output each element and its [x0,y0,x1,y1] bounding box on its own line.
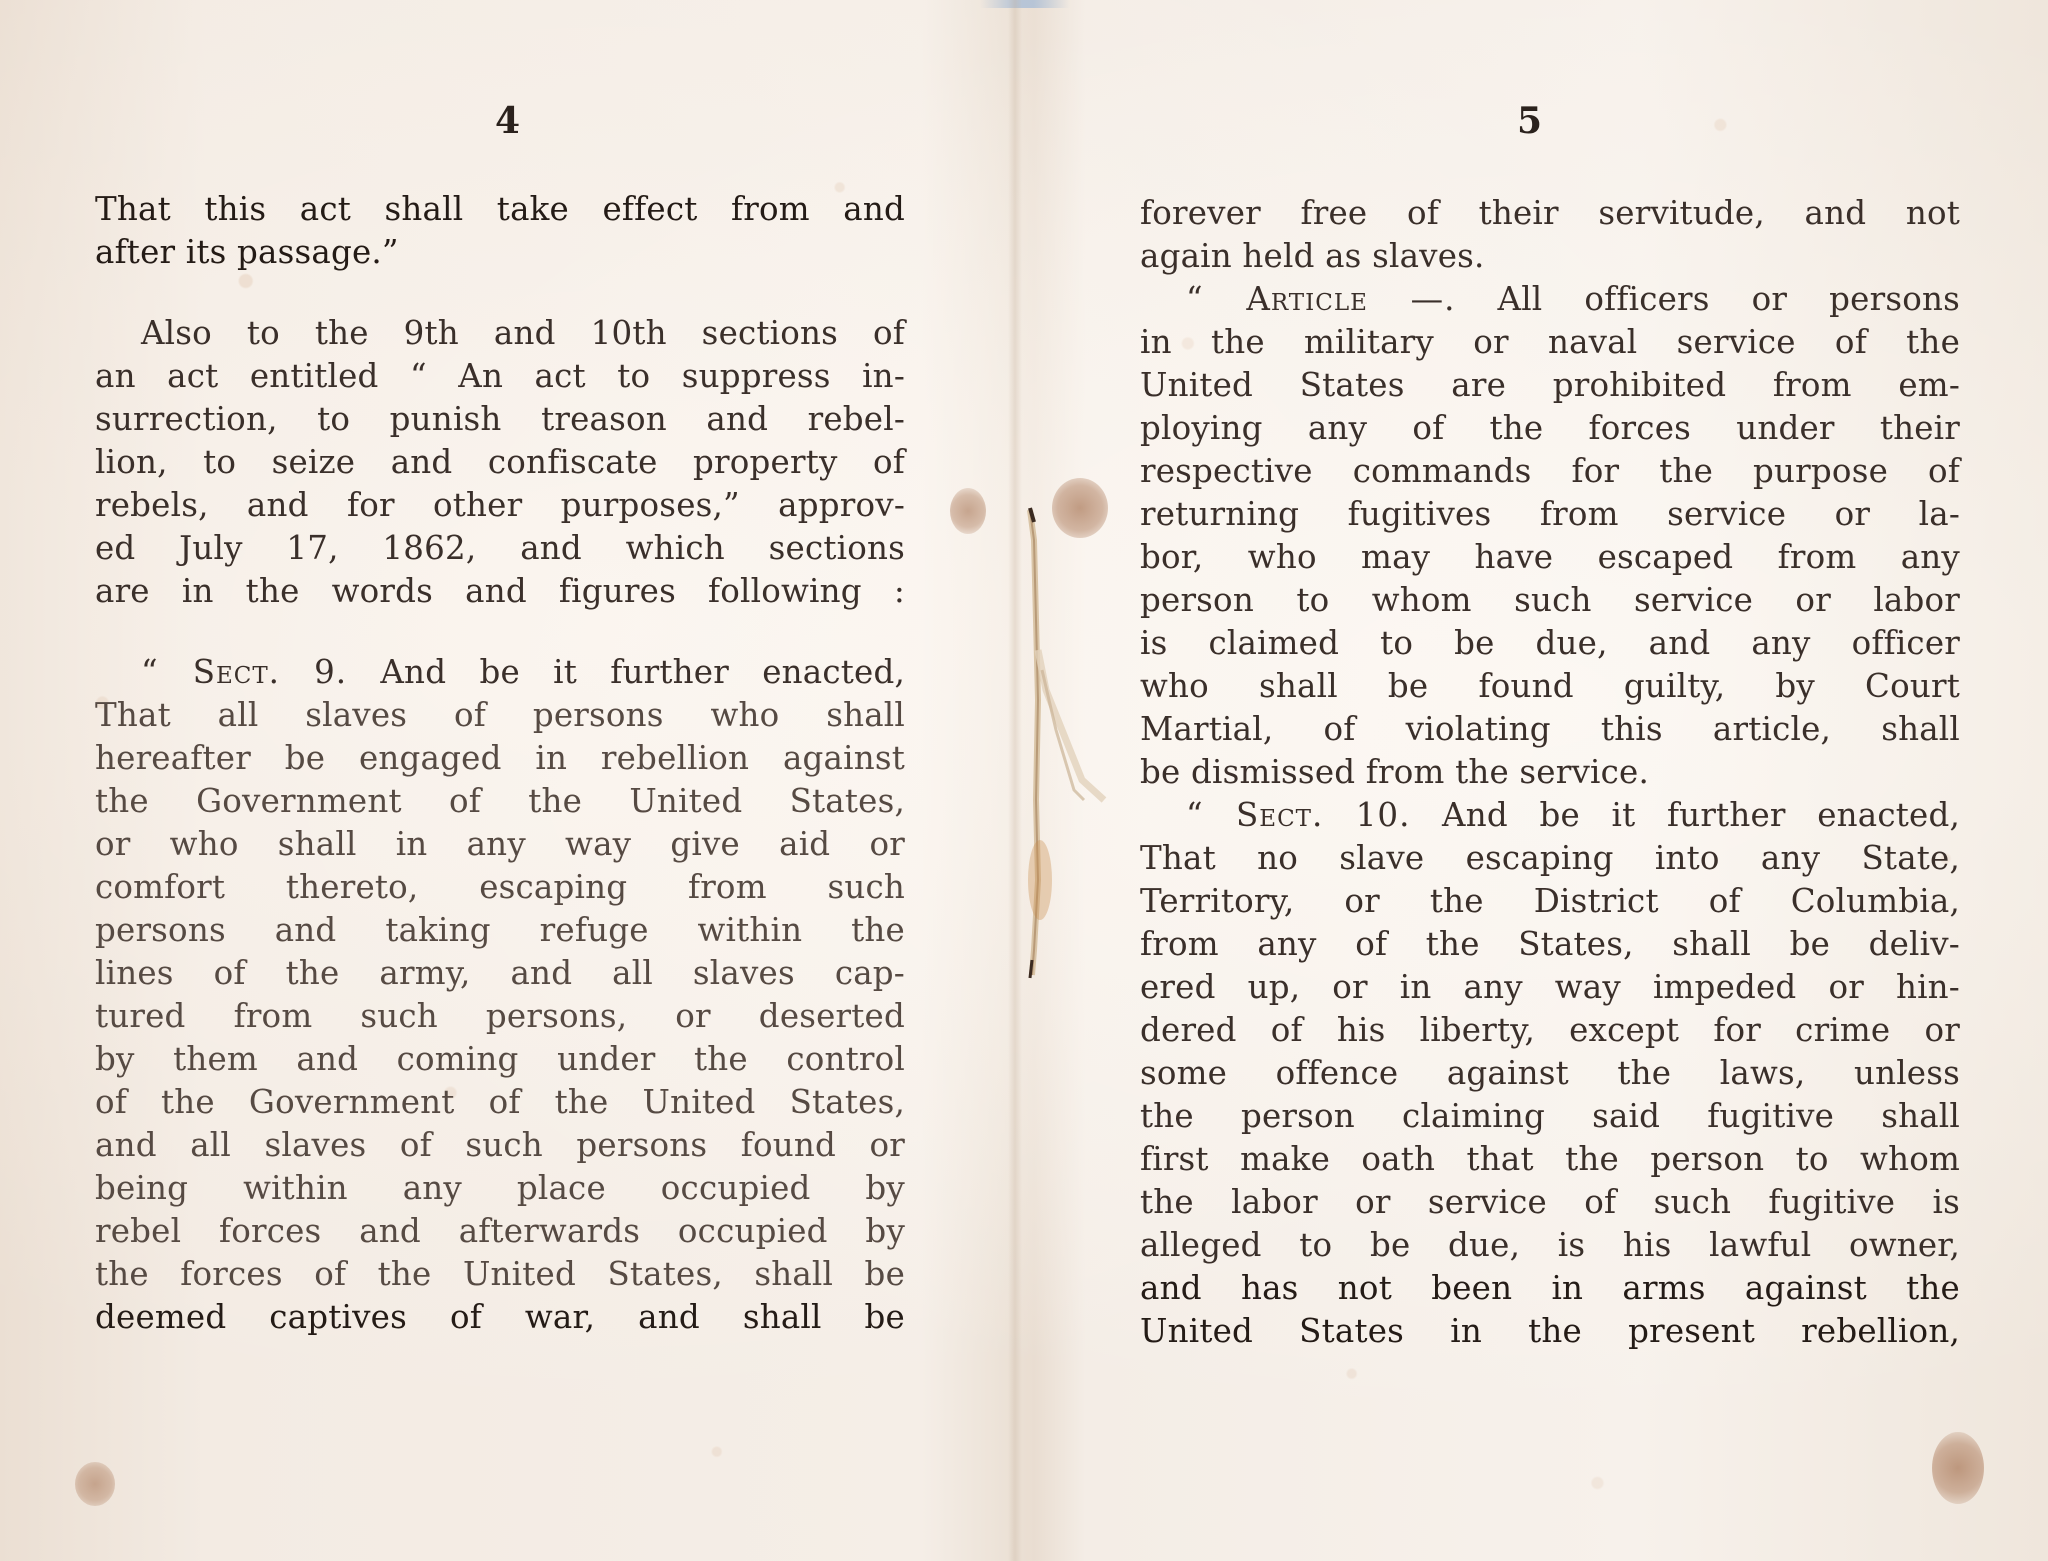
article-heading-line: “ Article —. All officers or persons [1140,278,1960,321]
text-line: alleged to be due, is his lawful owner, [1140,1224,1960,1267]
stain-spot [950,488,986,534]
text-line: rebels, and for other purposes,” approv- [95,484,905,527]
section-label: “ Sect. 10. [1186,796,1410,834]
stain-spot [75,1462,115,1506]
text-line: again held as slaves. [1140,235,1960,278]
text-line: in the military or naval service of the [1140,321,1960,364]
text-line: and all slaves of such persons found or [95,1124,905,1167]
text-line: some offence against the laws, unless [1140,1052,1960,1095]
text-line: forever free of their servitude, and not [1140,192,1960,235]
stain-spot [1932,1432,1984,1504]
text-fragment: And be it further enacted, [1442,796,1960,834]
binding-thread-icon [1022,500,1112,980]
text-line: the labor or service of such fugitive is [1140,1181,1960,1224]
text-line: persons and taking refuge within the [95,909,905,952]
text-line: That all slaves of persons who shall [95,694,905,737]
text-line: rebel forces and afterwards occupied by [95,1210,905,1253]
page-number: 4 [495,100,520,142]
text-line: by them and coming under the control [95,1038,905,1081]
background-sliver [980,0,1070,8]
text-line: is claimed to be due, and any officer [1140,622,1960,665]
text-line: of the Government of the United States, [95,1081,905,1124]
text-line: comfort thereto, escaping from such [95,866,905,909]
page-gutter [1008,0,1022,1561]
right-page-text: forever free of their servitude, and not… [1140,192,1960,1353]
text-line: first make oath that the person to whom [1140,1138,1960,1181]
article-label: “ Article —. [1186,280,1456,318]
text-line: United States are prohibited from em- [1140,364,1960,407]
text-line: tured from such persons, or deserted [95,995,905,1038]
text-line: from any of the States, shall be deliv- [1140,923,1960,966]
text-line: United States in the present rebellion, [1140,1310,1960,1353]
section-label: “ Sect. 9. [141,653,347,691]
text-line: lion, to seize and confiscate property o… [95,441,905,484]
section-heading-line: “ Sect. 10. And be it further enacted, [1140,794,1960,837]
text-line: being within any place occupied by [95,1167,905,1210]
text-line: returning fugitives from service or la- [1140,493,1960,536]
text-line: be dismissed from the service. [1140,751,1960,794]
text-line: surrection, to punish treason and rebel- [95,398,905,441]
text-line: after its passage.” [95,231,905,274]
text-line: the person claiming said fugitive shall [1140,1095,1960,1138]
text-fragment: And be it further enacted, [380,653,905,691]
text-line: ed July 17, 1862, and which sections [95,527,905,570]
section-heading-line: “ Sect. 9. And be it further enacted, [95,651,905,694]
text-line: the Government of the United States, [95,780,905,823]
page-number: 5 [1517,100,1542,142]
text-line: ploying any of the forces under their [1140,407,1960,450]
text-line: That no slave escaping into any State, [1140,837,1960,880]
text-line: lines of the army, and all slaves cap- [95,952,905,995]
text-line: dered of his liberty, except for crime o… [1140,1009,1960,1052]
text-line: an act entitled “ An act to suppress in- [95,355,905,398]
text-line: hereafter be engaged in rebellion agains… [95,737,905,780]
text-line: That this act shall take effect from and [95,188,905,231]
text-line: respective commands for the purpose of [1140,450,1960,493]
text-line: Martial, of violating this article, shal… [1140,708,1960,751]
pamphlet-spread: 4 That this act shall take effect from a… [0,0,2048,1561]
text-line: person to whom such service or labor [1140,579,1960,622]
text-line: and has not been in arms against the [1140,1267,1960,1310]
text-line: deemed captives of war, and shall be [95,1296,905,1339]
text-line: who shall be found guilty, by Court [1140,665,1960,708]
text-line: Also to the 9th and 10th sections of [95,312,905,355]
text-line: the forces of the United States, shall b… [95,1253,905,1296]
text-line: ered up, or in any way impeded or hin- [1140,966,1960,1009]
text-fragment: All officers or persons [1498,280,1960,318]
text-line: are in the words and figures following : [95,570,905,613]
text-line: Territory, or the District of Columbia, [1140,880,1960,923]
text-line: or who shall in any way give aid or [95,823,905,866]
left-page-text: That this act shall take effect from and… [95,188,905,1339]
text-line: bor, who may have escaped from any [1140,536,1960,579]
